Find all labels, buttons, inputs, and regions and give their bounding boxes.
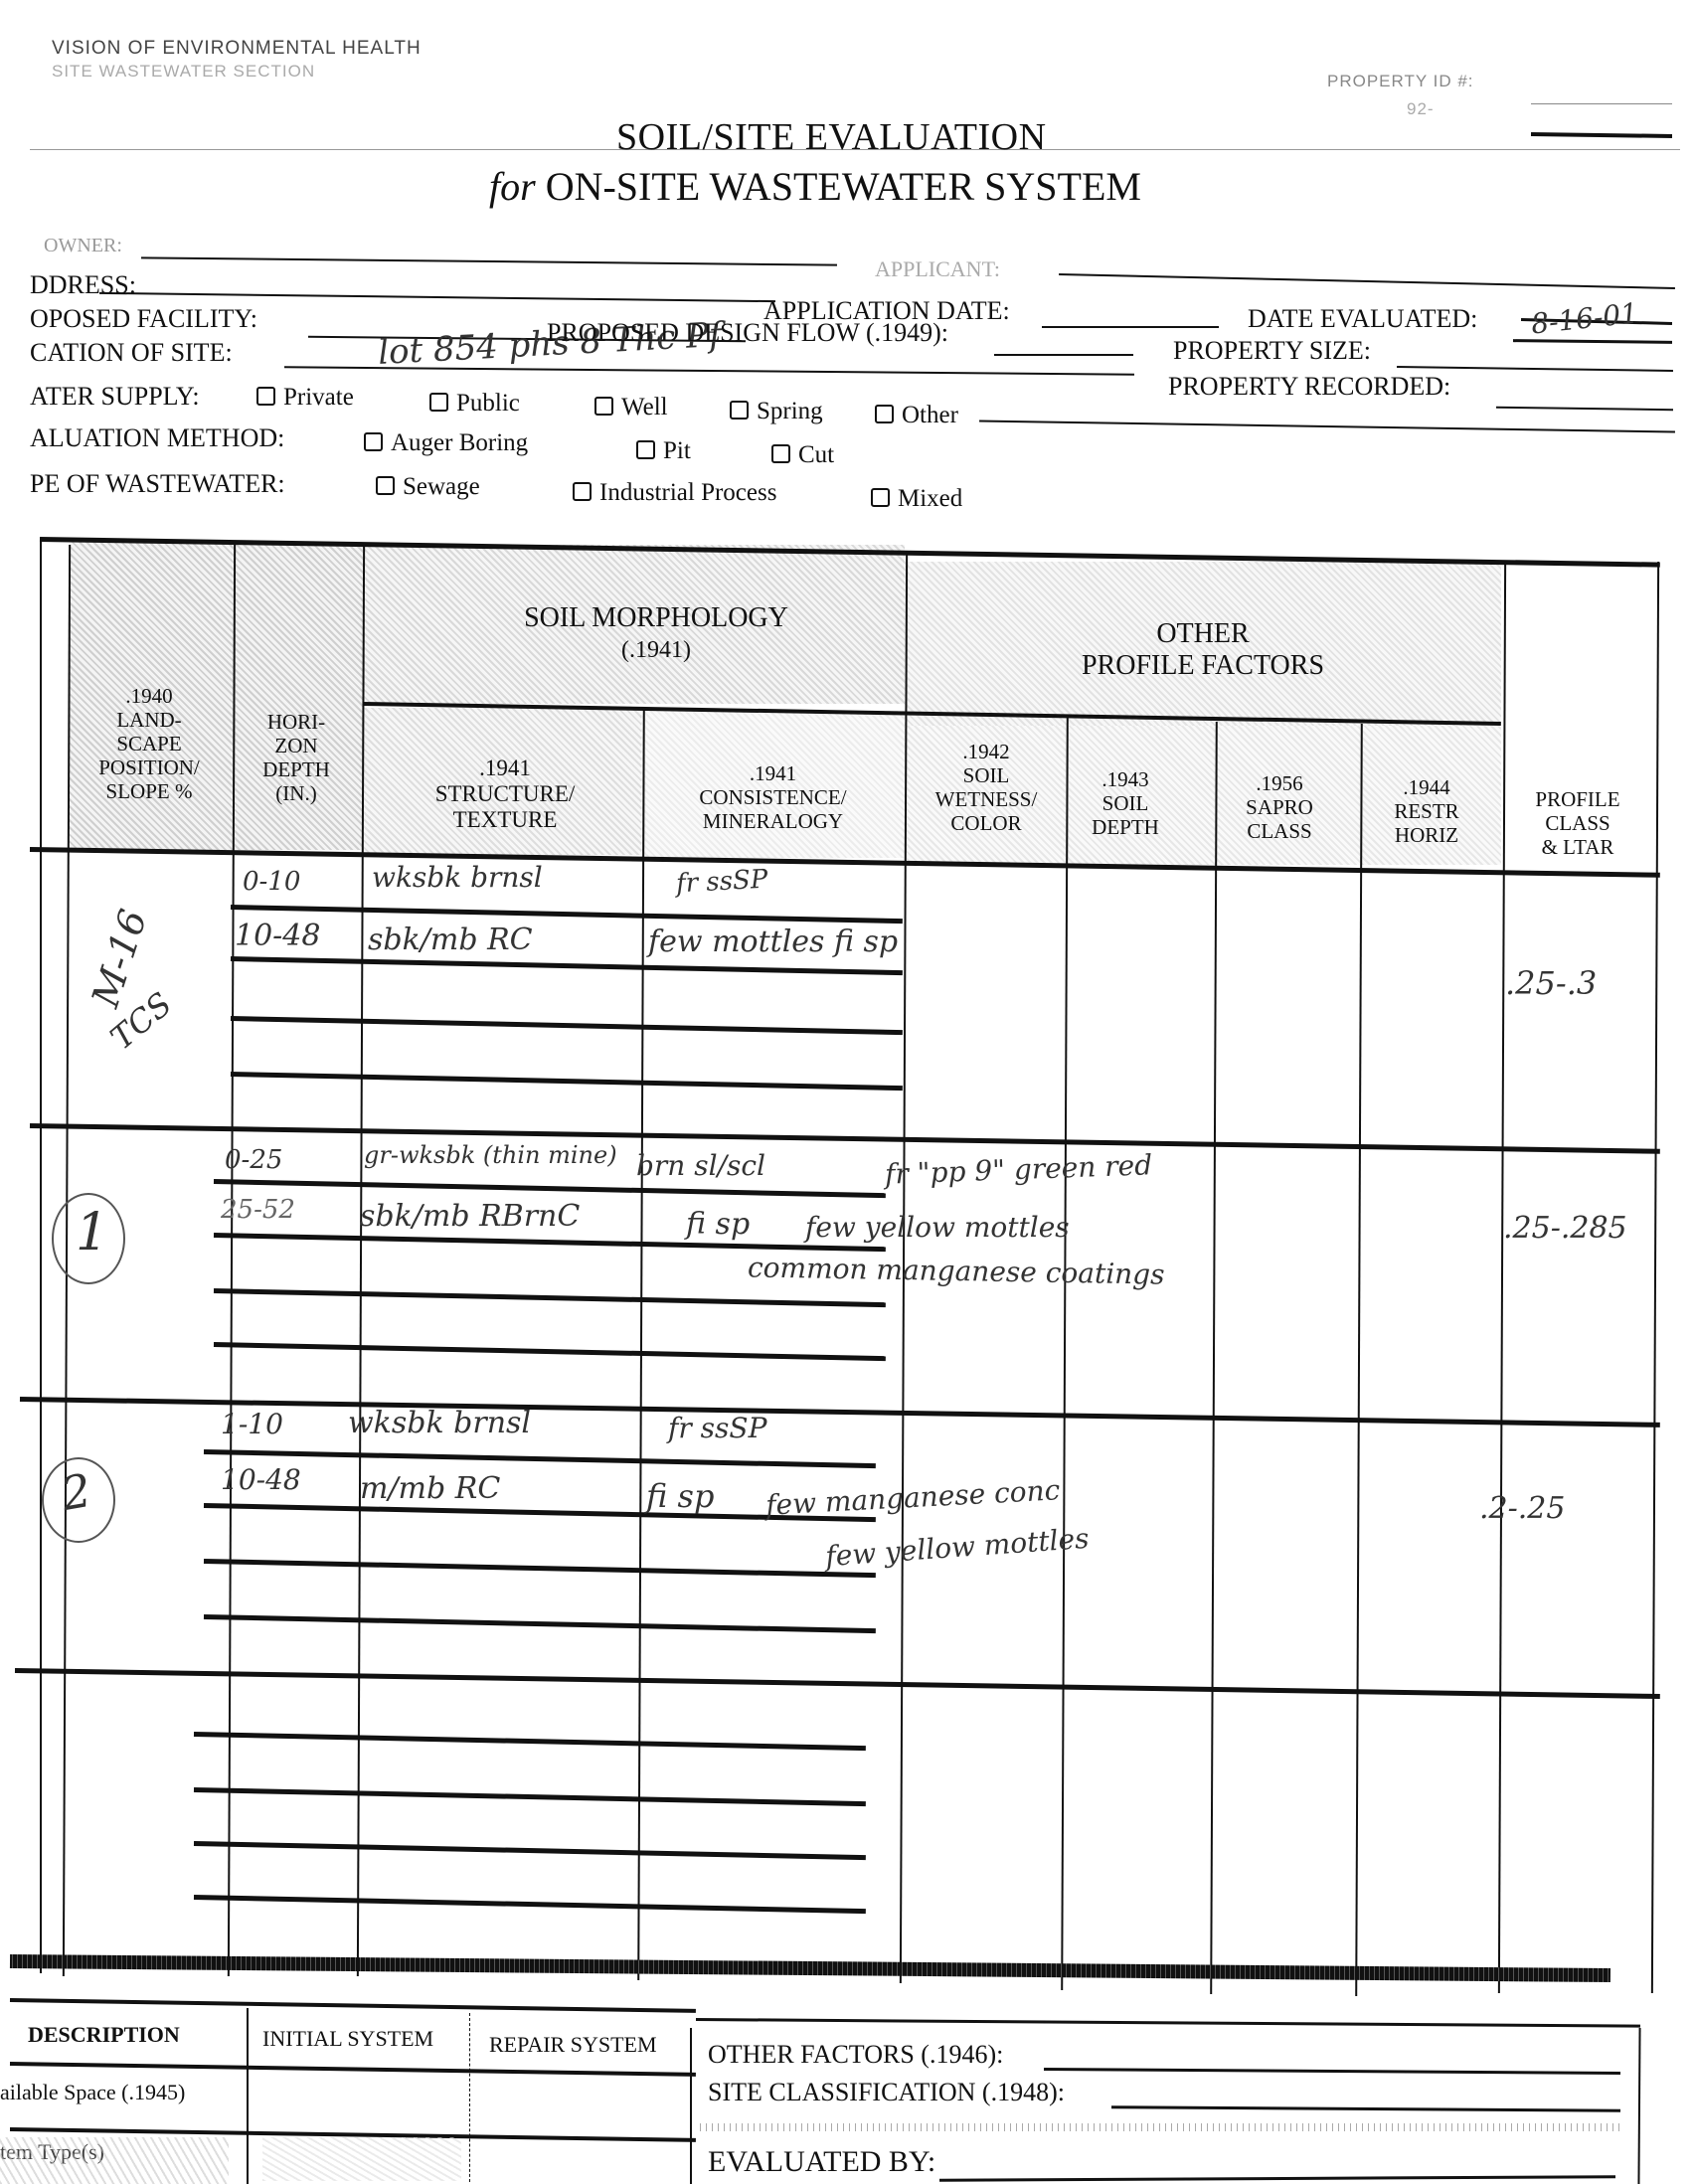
profile-3-row-1-depth[interactable]: 1-10 xyxy=(221,1408,283,1440)
available-space-initial-field[interactable] xyxy=(262,2074,461,2117)
classification-box-top xyxy=(696,2018,1640,2028)
design-flow-field[interactable] xyxy=(994,354,1133,356)
profile-2-row-1-consistence[interactable]: brn sl/scl xyxy=(636,1149,765,1182)
water-supply-well[interactable]: Well xyxy=(594,394,668,421)
checkbox-icon xyxy=(364,432,383,451)
address-label: DDRESS: xyxy=(30,270,136,300)
system-type-repair-field[interactable] xyxy=(483,2139,682,2183)
wastewater-type-industrial[interactable]: Industrial Process xyxy=(573,479,776,507)
evaluation-method-auger[interactable]: Auger Boring xyxy=(364,429,528,457)
checkbox-icon xyxy=(594,397,613,416)
row-line xyxy=(231,905,903,924)
row-line xyxy=(194,1787,866,1806)
design-flow-label: PROPOSED DESIGN FLOW (.1949): xyxy=(547,318,948,348)
property-id-line xyxy=(1531,103,1672,104)
form-subtitle-for: for xyxy=(489,164,536,209)
col-header-sapro-class: .1956 SAPRO CLASS xyxy=(1215,771,1344,843)
property-id-line-2 xyxy=(1531,132,1672,138)
date-evaluated-field xyxy=(1513,339,1672,344)
system-type-initial-field[interactable] xyxy=(262,2137,461,2181)
checkbox-icon xyxy=(636,440,655,459)
col-line-7 xyxy=(1210,722,1218,1994)
property-id-label: PROPERTY ID #: xyxy=(1327,72,1474,91)
profile-2-row-2-structure[interactable]: sbk/mb RBrnC xyxy=(360,1199,580,1234)
checkbox-icon xyxy=(771,444,790,463)
water-supply-public[interactable]: Public xyxy=(429,390,520,418)
checkbox-icon xyxy=(256,387,275,406)
profile-1-class[interactable]: .25-.3 xyxy=(1505,964,1597,1002)
row-line xyxy=(204,1449,876,1468)
row-line xyxy=(214,1179,886,1198)
property-recorded-label: PROPERTY RECORDED: xyxy=(1168,372,1450,402)
date-evaluated-label: DATE EVALUATED: xyxy=(1248,304,1477,334)
profile-3-row-2-structure[interactable]: m/mb RC xyxy=(360,1471,500,1506)
row-line xyxy=(214,1342,886,1361)
application-date-field[interactable] xyxy=(1042,326,1219,328)
profile-1-row-1-depth[interactable]: 0-10 xyxy=(243,867,300,897)
water-supply-private[interactable]: Private xyxy=(256,384,354,412)
col-line-4 xyxy=(637,708,645,1980)
profile-2-row-2-depth[interactable]: 25-52 xyxy=(221,1195,295,1225)
checkbox-icon xyxy=(573,482,592,501)
row-line xyxy=(231,1072,903,1091)
water-supply-other[interactable]: Other xyxy=(875,402,958,429)
checkbox-icon xyxy=(730,401,749,420)
profile-1-row-2-consistence[interactable]: few mottles fi sp xyxy=(648,924,898,959)
checkbox-icon xyxy=(875,405,894,423)
profile-2-row-1-structure[interactable]: gr-wksbk (thin mine) xyxy=(364,1141,617,1169)
agency-name: VISION OF ENVIRONMENTAL HEALTH xyxy=(52,38,422,60)
summary-header-description: DESCRIPTION xyxy=(28,2022,180,2048)
property-size-label: PROPERTY SIZE: xyxy=(1173,336,1371,366)
profile-3-row-2-depth[interactable]: 10-48 xyxy=(221,1463,301,1496)
form-subtitle: for ON-SITE WASTEWATER SYSTEM xyxy=(489,163,1141,210)
location-label: CATION OF SITE: xyxy=(30,338,233,368)
checkbox-icon xyxy=(429,393,448,412)
checkbox-icon xyxy=(871,488,890,507)
form-subtitle-text: ON-SITE WASTEWATER SYSTEM xyxy=(546,164,1141,209)
col-header-profile-class: PROFILE CLASS & LTAR xyxy=(1503,787,1652,859)
col-header-structure: .1941 STRUCTURE/ TEXTURE xyxy=(366,756,644,833)
wastewater-type-label: PE OF WASTEWATER: xyxy=(30,469,285,499)
col-header-soil-depth: .1943 SOIL DEPTH xyxy=(1066,767,1185,839)
water-supply-label: ATER SUPPLY: xyxy=(30,382,200,412)
group-header-soil-morphology: SOIL MORPHOLOGY (.1941) xyxy=(418,602,895,666)
row-line xyxy=(194,1895,866,1914)
row-line xyxy=(214,1233,886,1252)
evaluation-method-pit[interactable]: Pit xyxy=(636,437,691,465)
owner-field[interactable] xyxy=(141,256,837,265)
wastewater-type-sewage[interactable]: Sewage xyxy=(376,473,480,501)
checkbox-icon xyxy=(376,476,395,495)
address-field[interactable] xyxy=(99,292,775,302)
evaluated-by-field[interactable] xyxy=(939,2175,1615,2182)
profile-2-row-3-wetness[interactable]: common manganese coatings xyxy=(748,1251,1165,1290)
profile-1-row-2-structure[interactable]: sbk/mb RC xyxy=(368,923,533,957)
profile-2-row-2-consistence[interactable]: fi sp xyxy=(686,1207,750,1242)
profile-3-row-1-consistence[interactable]: fr ssSP xyxy=(668,1412,766,1444)
col-header-restr-horiz: .1944 RESTR HORIZ xyxy=(1362,775,1491,847)
classification-box-right xyxy=(1637,2028,1640,2184)
evaluated-by-label: EVALUATED BY: xyxy=(708,2145,935,2179)
applicant-label: APPLICANT: xyxy=(875,256,1000,282)
col-line-6 xyxy=(1061,718,1069,1990)
row-line xyxy=(204,1559,876,1578)
other-factors-label: OTHER FACTORS (.1946): xyxy=(708,2040,1003,2070)
profile-3-row-2-consistence[interactable]: fi sp xyxy=(646,1477,714,1515)
evaluation-method-cut[interactable]: Cut xyxy=(771,441,834,469)
profile-1-row-2-depth[interactable]: 10-48 xyxy=(235,919,320,953)
profile-separator-3 xyxy=(15,1668,1660,1699)
profile-2-class[interactable]: .25-.285 xyxy=(1503,1211,1627,1246)
row-line xyxy=(194,1841,866,1860)
col-line-0 xyxy=(40,542,42,1973)
form-title: SOIL/SITE EVALUATION xyxy=(616,115,1047,159)
agency-section: SITE WASTEWATER SECTION xyxy=(52,62,315,82)
profile-2-row-1-wetness[interactable]: fr "pp 9" green red xyxy=(885,1148,1153,1190)
date-evaluated-value[interactable]: 8-16-01 xyxy=(1530,296,1640,340)
profile-2-row-1-depth[interactable]: 0-25 xyxy=(225,1145,282,1175)
row-line xyxy=(231,1016,903,1035)
water-supply-spring[interactable]: Spring xyxy=(730,398,823,425)
summary-row-available-space: ailable Space (.1945) xyxy=(0,2080,185,2105)
col-header-consistence: .1941 CONSISTENCE/ MINERALOGY xyxy=(641,761,905,833)
profile-1-row-1-consistence[interactable]: fr ssSP xyxy=(675,865,768,900)
row-line xyxy=(214,1288,886,1307)
profile-3-row-2-wetness[interactable]: few manganese conc xyxy=(764,1473,1061,1521)
profile-2-landscape[interactable]: 1 xyxy=(76,1203,108,1262)
water-supply-other-field[interactable] xyxy=(979,420,1675,433)
col-header-wetness: .1942 SOIL WETNESS/ COLOR xyxy=(907,740,1066,835)
applicant-field[interactable] xyxy=(1059,273,1675,289)
site-classification-field[interactable] xyxy=(1111,2105,1620,2112)
wastewater-type-mixed[interactable]: Mixed xyxy=(871,485,962,513)
summary-col-line-2 xyxy=(469,2013,472,2184)
profile-3-row-1-structure[interactable]: wksbk brnsl xyxy=(348,1406,531,1440)
summary-top-border xyxy=(10,1998,696,2013)
summary-col-line-1 xyxy=(247,2008,249,2184)
evaluation-method-label: ALUATION METHOD: xyxy=(30,423,284,453)
col-line-8 xyxy=(1355,724,1363,1996)
owner-label: OWNER: xyxy=(44,235,122,257)
proposed-facility-label: OPOSED FACILITY: xyxy=(30,304,257,334)
site-classification-label: SITE CLASSIFICATION (.1948): xyxy=(708,2078,1065,2107)
col-header-horizon-depth: HORI- ZON DEPTH (IN.) xyxy=(237,710,356,805)
summary-header-repair: REPAIR SYSTEM xyxy=(489,2032,657,2058)
table-bottom-border xyxy=(10,1954,1610,1982)
profile-1-row-1-structure[interactable]: wksbk brnsl xyxy=(372,861,543,894)
property-recorded-field[interactable] xyxy=(1496,407,1673,411)
col-line-10 xyxy=(1651,562,1659,1993)
other-factors-field[interactable] xyxy=(1044,2068,1620,2075)
property-id-value: 92- xyxy=(1407,99,1435,119)
summary-header-initial: INITIAL SYSTEM xyxy=(262,2026,433,2052)
profile-3-class[interactable]: .2-.25 xyxy=(1479,1491,1565,1526)
scan-noise xyxy=(700,2123,1624,2131)
scan-noise xyxy=(0,2137,229,2184)
profile-3-row-3-wetness[interactable]: few yellow mottles xyxy=(824,1522,1090,1573)
summary-col-line-3 xyxy=(690,2028,692,2184)
row-line xyxy=(204,1614,876,1633)
available-space-repair-field[interactable] xyxy=(483,2078,682,2121)
row-line xyxy=(194,1732,866,1751)
profile-2-row-2-wetness[interactable]: few yellow mottles xyxy=(805,1211,1070,1244)
group-header-other-profile: OTHER PROFILE FACTORS xyxy=(934,618,1471,682)
col-header-landscape: .1940 LAND- SCAPE POSITION/ SLOPE % xyxy=(70,684,229,803)
